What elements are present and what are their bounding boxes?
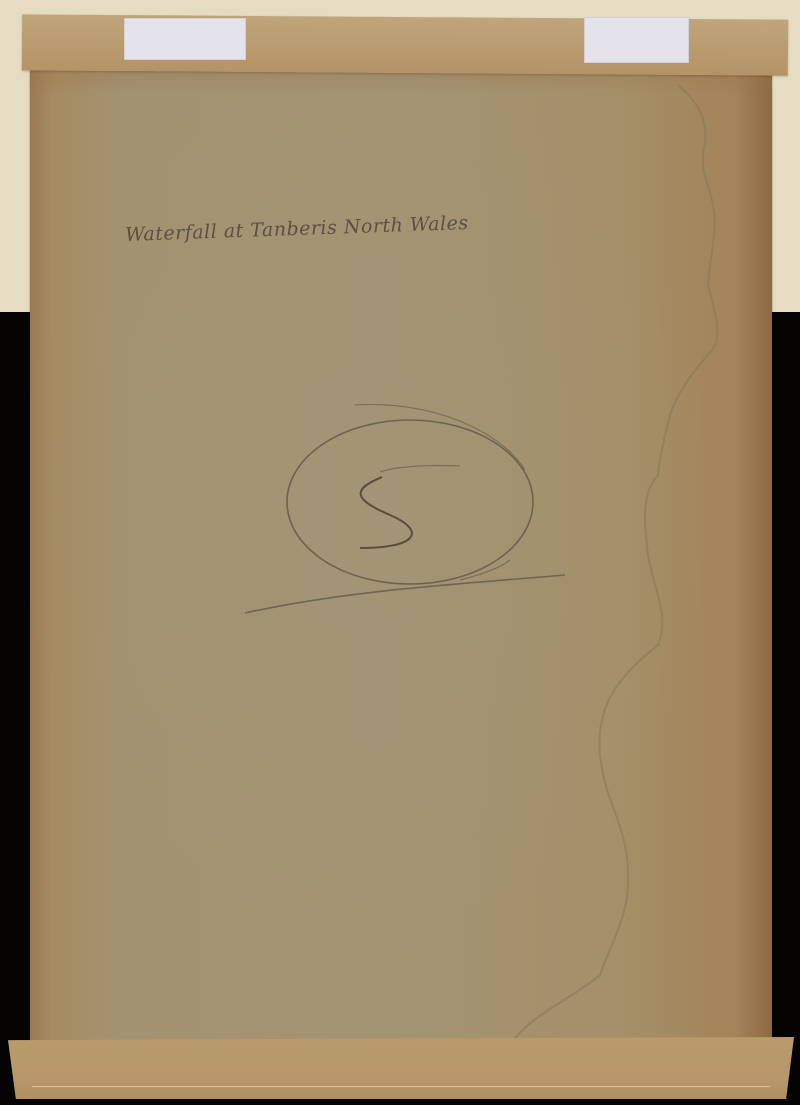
label-patch-left (124, 18, 246, 60)
circled-number-mark (230, 390, 580, 620)
bottom-tape-hinge (8, 1037, 794, 1099)
label-patch-right (584, 17, 689, 63)
